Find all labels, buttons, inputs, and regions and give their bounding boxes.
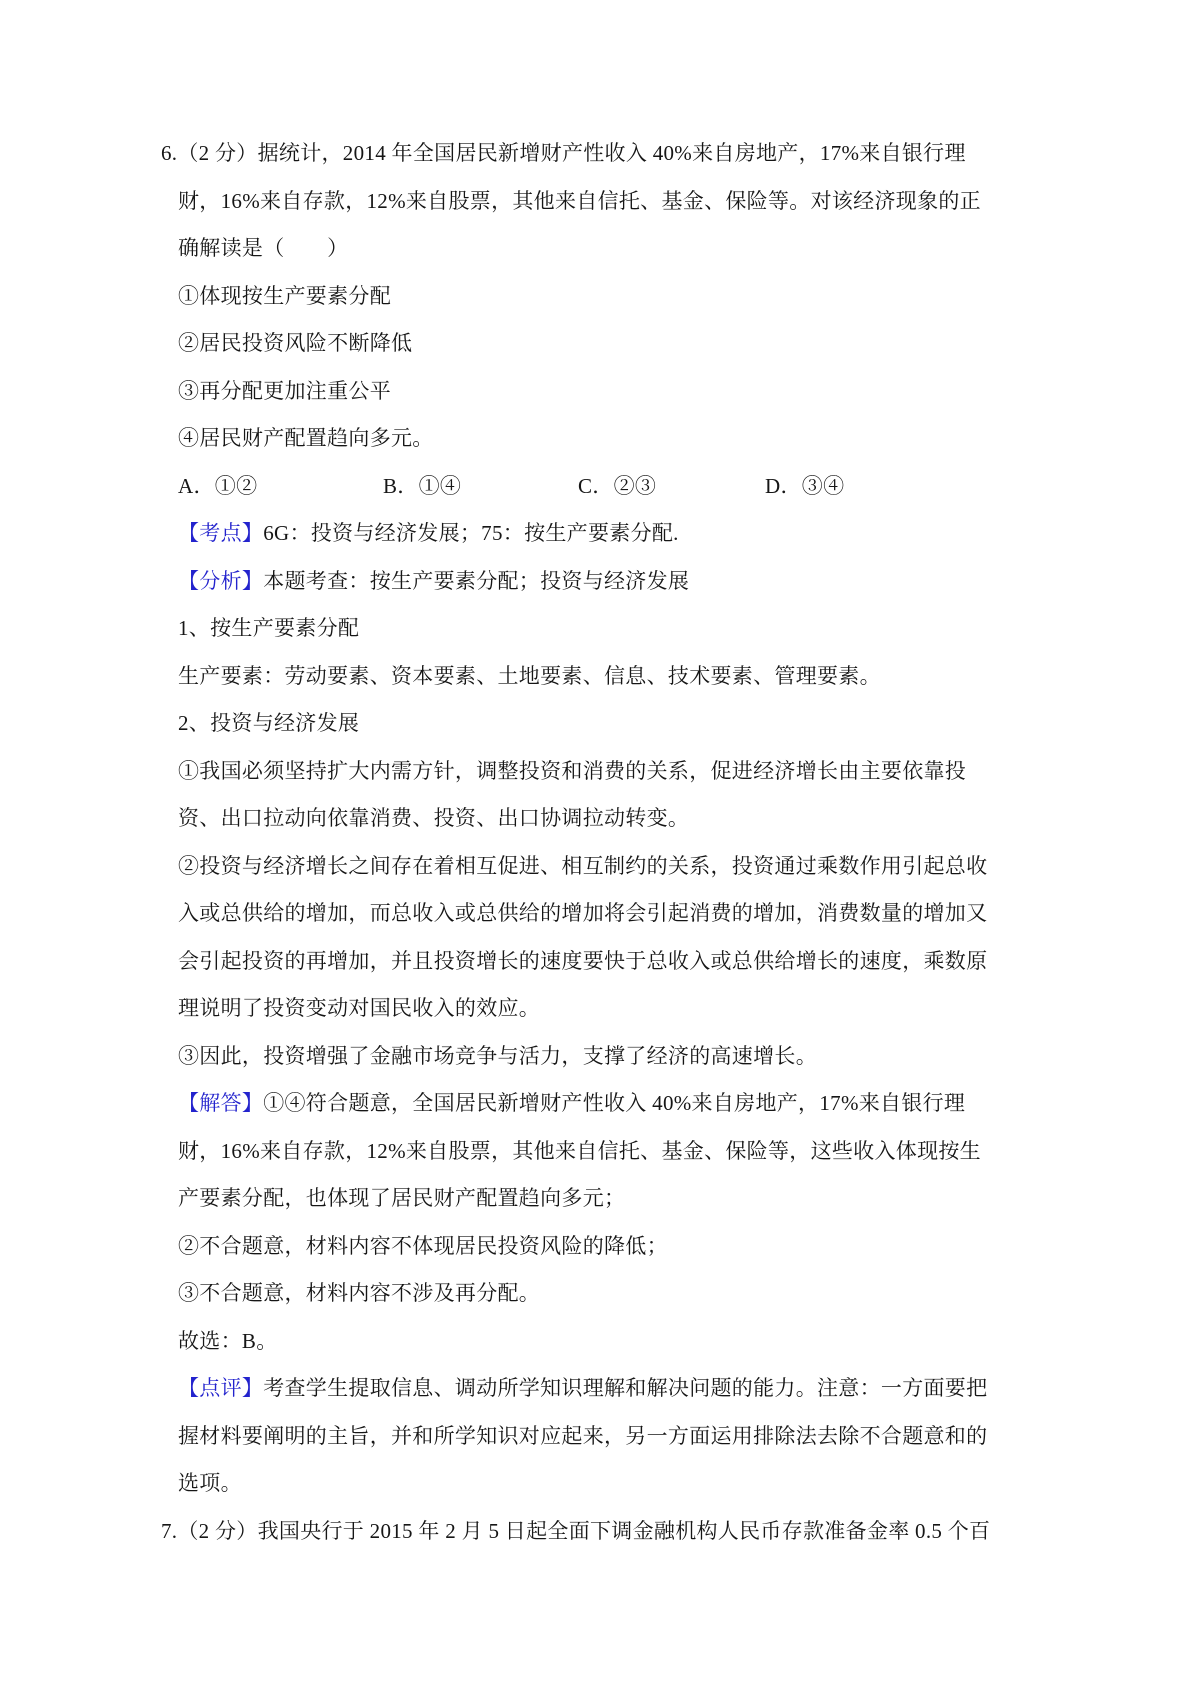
dianping-text: 考查学生提取信息、调动所学知识理解和解决问题的能力。注意：一方面要把 [263, 1376, 987, 1400]
q6-analysis-line-8: 会引起投资的再增加，并且投资增长的速度要快于总收入或总供给增长的速度，乘数原 [178, 938, 1158, 986]
q6-statement-3: ③再分配更加注重公平 [178, 368, 1158, 416]
q6-analysis-line-9: 理说明了投资变动对国民收入的效应。 [178, 985, 1158, 1033]
q7-stem-line-1: 7.（2 分）我国央行于 2015 年 2 月 5 日起全面下调金融机构人民币存… [161, 1508, 1158, 1556]
q6-analysis-line-4: ①我国必须坚持扩大内需方针，调整投资和消费的关系，促进经济增长由主要依靠投 [178, 748, 1158, 796]
page-content: 6.（2 分）据统计，2014 年全国居民新增财产性收入 40%来自房地产，17… [178, 130, 1158, 1555]
q6-dianping-line-2: 握材料要阐明的主旨，并和所学知识对应起来，另一方面运用排除法去除不合题意和的 [178, 1413, 1158, 1461]
q6-analysis-line-1: 1、按生产要素分配 [178, 605, 1158, 653]
q6-analysis-line-7: 入或总供给的增加，而总收入或总供给的增加将会引起消费的增加，消费数量的增加又 [178, 890, 1158, 938]
q6-analysis-line-3: 2、投资与经济发展 [178, 700, 1158, 748]
q6-choice-c: C．②③ [578, 463, 765, 511]
q6-dianping-line: 【点评】考查学生提取信息、调动所学知识理解和解决问题的能力。注意：一方面要把 [178, 1365, 1158, 1413]
q6-stem-line-3: 确解读是（ ） [178, 225, 1158, 273]
q6-answer-line: 故选：B。 [178, 1318, 1158, 1366]
q6-fenxi-line: 【分析】本题考查：按生产要素分配；投资与经济发展 [178, 558, 1158, 606]
q6-jieda-line-5: ③不合题意，材料内容不涉及再分配。 [178, 1270, 1158, 1318]
q6-dianping-line-3: 选项。 [178, 1460, 1158, 1508]
q6-choice-d: D．③④ [765, 463, 844, 511]
q6-analysis-line-10: ③因此，投资增强了金融市场竞争与活力，支撑了经济的高速增长。 [178, 1033, 1158, 1081]
jieda-text: ①④符合题意，全国居民新增财产性收入 40%来自房地产，17%来自银行理 [263, 1091, 965, 1115]
q6-jieda-line-4: ②不合题意，材料内容不体现居民投资风险的降低； [178, 1223, 1158, 1271]
q6-jieda-line: 【解答】①④符合题意，全国居民新增财产性收入 40%来自房地产，17%来自银行理 [178, 1080, 1158, 1128]
q6-statement-1: ①体现按生产要素分配 [178, 273, 1158, 321]
q6-analysis-line-2: 生产要素：劳动要素、资本要素、土地要素、信息、技术要素、管理要素。 [178, 653, 1158, 701]
q6-statement-4: ④居民财产配置趋向多元。 [178, 415, 1158, 463]
q6-stem-line-1: 6.（2 分）据统计，2014 年全国居民新增财产性收入 40%来自房地产，17… [161, 130, 1158, 178]
q6-stem-line-2: 财，16%来自存款，12%来自股票，其他来自信托、基金、保险等。对该经济现象的正 [178, 178, 1158, 226]
q6-analysis-line-6: ②投资与经济增长之间存在着相互促进、相互制约的关系，投资通过乘数作用引起总收 [178, 843, 1158, 891]
q6-choice-a: A．①② [178, 463, 383, 511]
document-page: 6.（2 分）据统计，2014 年全国居民新增财产性收入 40%来自房地产，17… [0, 0, 1200, 1698]
fenxi-text: 本题考查：按生产要素分配；投资与经济发展 [263, 569, 689, 593]
dianping-label: 【点评】 [178, 1376, 263, 1400]
q6-jieda-line-3: 产要素分配，也体现了居民财产配置趋向多元； [178, 1175, 1158, 1223]
q6-analysis-line-5: 资、出口拉动向依靠消费、投资、出口协调拉动转变。 [178, 795, 1158, 843]
fenxi-label: 【分析】 [178, 569, 263, 593]
q6-statement-2: ②居民投资风险不断降低 [178, 320, 1158, 368]
kaodian-label: 【考点】 [178, 521, 263, 545]
q6-kaodian-line: 【考点】6G：投资与经济发展；75：按生产要素分配. [178, 510, 1158, 558]
q6-jieda-line-2: 财，16%来自存款，12%来自股票，其他来自信托、基金、保险等，这些收入体现按生 [178, 1128, 1158, 1176]
q6-choice-b: B．①④ [383, 463, 578, 511]
kaodian-text: 6G：投资与经济发展；75：按生产要素分配. [263, 521, 679, 545]
jieda-label: 【解答】 [178, 1091, 263, 1115]
q6-choices-row: A．①② B．①④ C．②③ D．③④ [178, 463, 1158, 511]
